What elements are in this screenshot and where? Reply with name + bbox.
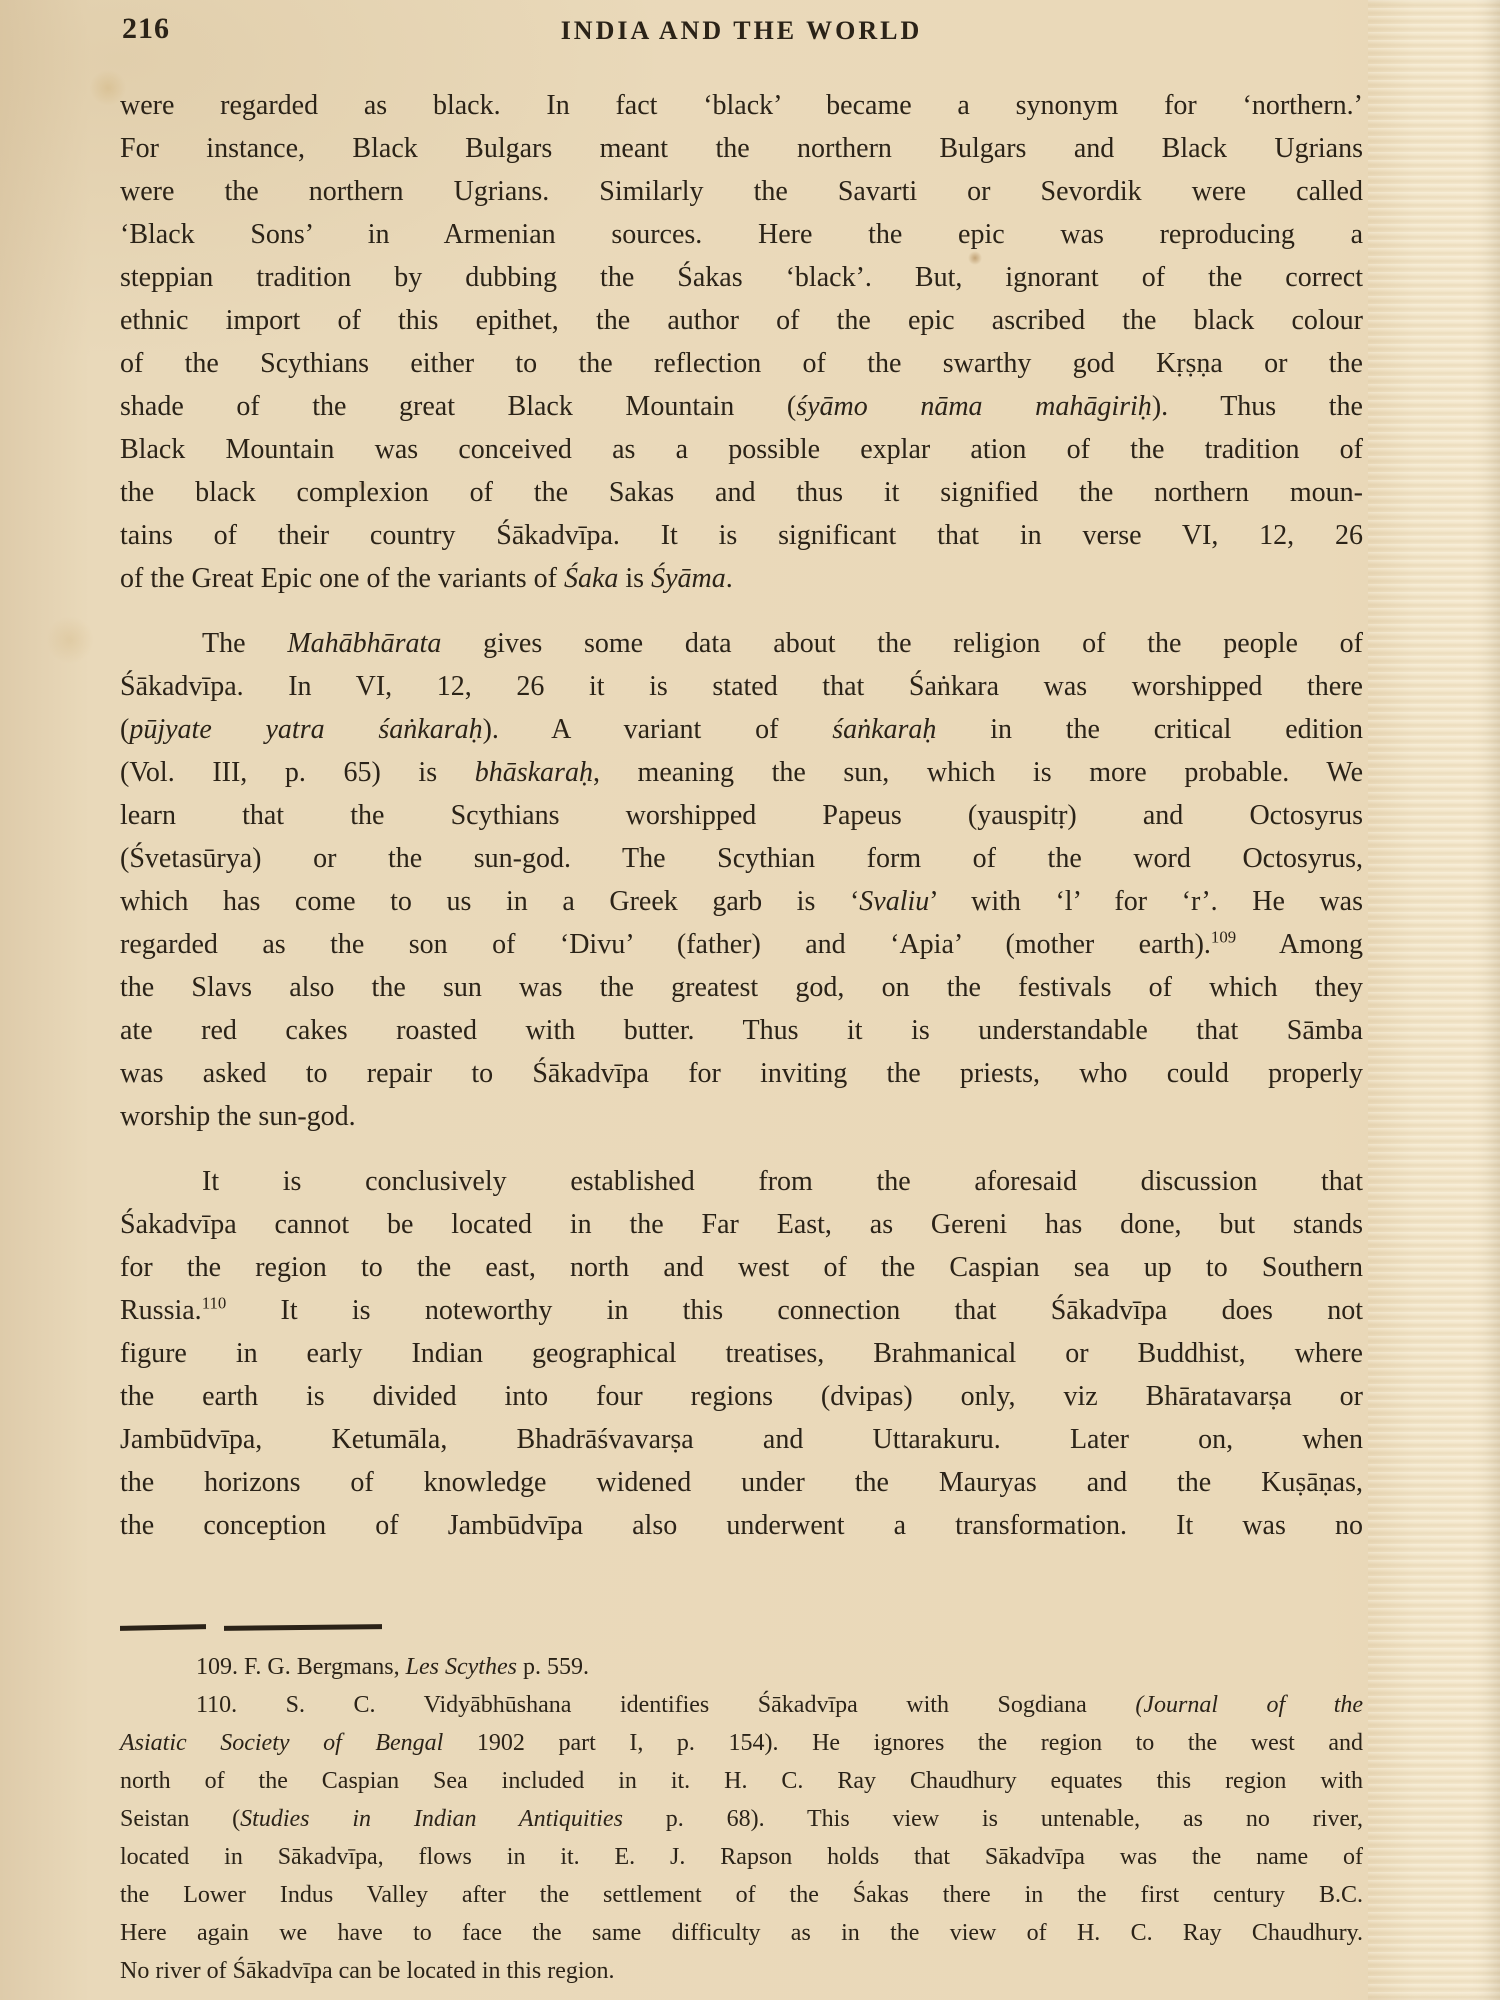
text-segment: which has come to us in a Greek garb is … [120, 886, 859, 917]
text-segment: p. 559. [517, 1654, 589, 1680]
text-segment: Among [1236, 929, 1363, 960]
text-segment: the earth is divided into four regions (… [120, 1381, 1363, 1412]
running-head: INDIA AND THE WORLD [120, 16, 1363, 46]
text-line: (Śvetasūrya) or the sun-god. The Scythia… [120, 837, 1363, 880]
text-segment: It is noteworthy in this connection that… [226, 1295, 1363, 1326]
text-line: Here again we have to face the same diff… [120, 1914, 1363, 1952]
text-line: It is conclusively established from the … [120, 1160, 1363, 1203]
text-segment: Studies in Indian Antiquities [240, 1806, 623, 1832]
text-segment: It is conclusively established from the … [202, 1166, 1363, 1197]
text-line: was asked to repair to Śākadvīpa for inv… [120, 1052, 1363, 1095]
text-line: No river of Śākadvīpa can be located in … [120, 1952, 1363, 1990]
text-segment: ). A variant of [483, 714, 833, 745]
text-segment: Śākadvīpa. In VI, 12, 26 it is stated th… [120, 671, 1363, 702]
text-line: Black Mountain was conceived as a possib… [120, 428, 1363, 471]
text-segment: Svaliu [859, 886, 929, 917]
text-line: steppian tradition by dubbing the Śakas … [120, 256, 1363, 299]
page-edge-shading [1368, 0, 1500, 2000]
text-segment: śyāmo nāma mahāgiriḥ [796, 391, 1152, 422]
text-segment: learn that the Scythians worshipped Pape… [120, 800, 1363, 831]
text-segment: were regarded as black. In fact ‘black’ … [120, 90, 1363, 121]
text-line: figure in early Indian geographical trea… [120, 1332, 1363, 1375]
text-segment: the conception of Jambūdvīpa also underw… [120, 1510, 1363, 1541]
text-line: which has come to us in a Greek garb is … [120, 880, 1363, 923]
text-segment: , meaning the sun, which is more probabl… [593, 757, 1363, 788]
paragraph-2: The Mahābhārata gives some data about th… [120, 622, 1363, 1138]
text-segment: p. 68). This view is untenable, as no ri… [623, 1806, 1363, 1832]
text-segment: the Lower Indus Valley after the settlem… [120, 1882, 1363, 1908]
text-segment: 109. F. G. Bergmans, [196, 1654, 406, 1680]
text-segment: ethnic import of this epithet, the autho… [120, 305, 1363, 336]
text-segment: . [726, 563, 733, 594]
text-segment: steppian tradition by dubbing the Śakas … [120, 262, 1363, 293]
text-line: shade of the great Black Mountain (śyāmo… [120, 385, 1363, 428]
text-segment: the black complexion of the Sakas and th… [120, 477, 1363, 508]
text-segment: (Vol. III, p. 65) is [120, 757, 475, 788]
text-line: ate red cakes roasted with butter. Thus … [120, 1009, 1363, 1052]
text-line: 110. S. C. Vidyābhūshana identifies Śāka… [120, 1686, 1363, 1724]
text-segment: ’ with ‘l’ for ‘r’. He was [929, 886, 1363, 917]
text-line: regarded as the son of ‘Divu’ (father) a… [120, 923, 1363, 966]
text-segment: worship the sun-god. [120, 1101, 356, 1132]
text-line: the black complexion of the Sakas and th… [120, 471, 1363, 514]
text-line: For instance, Black Bulgars meant the no… [120, 127, 1363, 170]
text-segment: Śyāma [651, 563, 726, 594]
text-segment: pūjyate yatra śaṅkaraḥ [129, 714, 482, 745]
text-line: worship the sun-god. [120, 1095, 1363, 1138]
text-segment: the horizons of knowledge widened under … [120, 1467, 1363, 1498]
footnote-rule-dash [224, 1624, 382, 1631]
text-line: Śakadvīpa cannot be located in the Far E… [120, 1203, 1363, 1246]
text-segment: Śaka [564, 563, 618, 594]
text-segment: is [618, 563, 651, 594]
text-segment: No river of Śākadvīpa can be located in … [120, 1958, 615, 1984]
text-line: Seistan (Studies in Indian Antiquities p… [120, 1800, 1363, 1838]
text-segment: tains of their country Śākadvīpa. It is … [120, 520, 1363, 551]
text-line: of the Scythians either to the reflectio… [120, 342, 1363, 385]
text-line: learn that the Scythians worshipped Pape… [120, 794, 1363, 837]
text-segment: shade of the great Black Mountain ( [120, 391, 796, 422]
text-segment: Black Mountain was conceived as a possib… [120, 434, 1363, 465]
text-line: Asiatic Society of Bengal 1902 part I, p… [120, 1724, 1363, 1762]
text-line: 109. F. G. Bergmans, Les Scythes p. 559. [120, 1648, 1363, 1686]
text-line: the earth is divided into four regions (… [120, 1375, 1363, 1418]
text-segment: ( [120, 714, 129, 745]
footnote-reference: 110 [202, 1294, 227, 1313]
text-line: of the Great Epic one of the variants of… [120, 557, 1363, 600]
text-segment: 1902 part I, p. 154). He ignores the reg… [443, 1730, 1363, 1756]
footnote-reference: 109 [1211, 928, 1236, 947]
text-segment: regarded as the son of ‘Divu’ (father) a… [120, 929, 1211, 960]
text-segment: Asiatic Society of Bengal [120, 1730, 443, 1756]
text-segment: Mahābhārata [287, 628, 441, 659]
paragraph-3: It is conclusively established from the … [120, 1160, 1363, 1547]
text-segment: north of the Caspian Sea included in it.… [120, 1768, 1363, 1794]
text-segment: For instance, Black Bulgars meant the no… [120, 133, 1363, 164]
text-segment: śaṅkaraḥ [832, 714, 936, 745]
text-segment: was asked to repair to Śākadvīpa for inv… [120, 1058, 1363, 1089]
text-segment: in the critical edition [936, 714, 1363, 745]
text-segment: Russia. [120, 1295, 202, 1326]
text-line: were the northern Ugrians. Similarly the… [120, 170, 1363, 213]
text-line: tains of their country Śākadvīpa. It is … [120, 514, 1363, 557]
text-segment: Seistan ( [120, 1806, 240, 1832]
text-line: Jambūdvīpa, Ketumāla, Bhadrāśvavarṣa and… [120, 1418, 1363, 1461]
text-segment: for the region to the east, north and we… [120, 1252, 1363, 1283]
text-segment: 110. S. C. Vidyābhūshana identifies Śāka… [196, 1692, 1135, 1718]
text-segment: Here again we have to face the same diff… [120, 1920, 1363, 1946]
text-segment: bhāskaraḥ [475, 757, 593, 788]
text-line: located in Sākadvīpa, flows in it. E. J.… [120, 1838, 1363, 1876]
text-line: ‘Black Sons’ in Armenian sources. Here t… [120, 213, 1363, 256]
text-line: (pūjyate yatra śaṅkaraḥ). A variant of ś… [120, 708, 1363, 751]
text-segment: the Slavs also the sun was the greatest … [120, 972, 1363, 1003]
footnote-110: 110. S. C. Vidyābhūshana identifies Śāka… [120, 1686, 1363, 1990]
text-segment: of the Great Epic one of the variants of [120, 563, 564, 594]
text-segment: ate red cakes roasted with butter. Thus … [120, 1015, 1363, 1046]
text-line: were regarded as black. In fact ‘black’ … [120, 84, 1363, 127]
text-line: The Mahābhārata gives some data about th… [120, 622, 1363, 665]
text-line: Śākadvīpa. In VI, 12, 26 it is stated th… [120, 665, 1363, 708]
text-segment: Les Scythes [406, 1654, 517, 1680]
text-segment: Śakadvīpa cannot be located in the Far E… [120, 1209, 1363, 1240]
text-segment: ). Thus the [1152, 391, 1363, 422]
text-segment: figure in early Indian geographical trea… [120, 1338, 1363, 1369]
text-segment: of the Scythians either to the reflectio… [120, 348, 1363, 379]
book-page: 216 INDIA AND THE WORLD were regarded as… [0, 0, 1500, 2000]
text-segment: gives some data about the religion of th… [441, 628, 1363, 659]
paragraph-1: were regarded as black. In fact ‘black’ … [120, 84, 1363, 600]
text-line: the Lower Indus Valley after the settlem… [120, 1876, 1363, 1914]
text-segment: were the northern Ugrians. Similarly the… [120, 176, 1363, 207]
footnote-109: 109. F. G. Bergmans, Les Scythes p. 559. [120, 1648, 1363, 1686]
footnote-rule-dash [120, 1624, 206, 1631]
text-segment: located in Sākadvīpa, flows in it. E. J.… [120, 1844, 1363, 1870]
text-segment: Jambūdvīpa, Ketumāla, Bhadrāśvavarṣa and… [120, 1424, 1363, 1455]
text-line: ethnic import of this epithet, the autho… [120, 299, 1363, 342]
text-line: the horizons of knowledge widened under … [120, 1461, 1363, 1504]
body-text: were regarded as black. In fact ‘black’ … [120, 84, 1363, 1990]
text-line: the conception of Jambūdvīpa also underw… [120, 1504, 1363, 1547]
text-line: (Vol. III, p. 65) is bhāskaraḥ, meaning … [120, 751, 1363, 794]
text-segment: (Śvetasūrya) or the sun-god. The Scythia… [120, 843, 1363, 874]
text-segment: (Journal of the [1135, 1692, 1363, 1718]
text-line: north of the Caspian Sea included in it.… [120, 1762, 1363, 1800]
text-line: for the region to the east, north and we… [120, 1246, 1363, 1289]
text-segment: The [202, 628, 287, 659]
footnote-rule [120, 1625, 1363, 1630]
footnotes-section: 109. F. G. Bergmans, Les Scythes p. 559.… [120, 1648, 1363, 1990]
text-segment: ‘Black Sons’ in Armenian sources. Here t… [120, 219, 1363, 250]
text-line: the Slavs also the sun was the greatest … [120, 966, 1363, 1009]
text-line: Russia.110 It is noteworthy in this conn… [120, 1289, 1363, 1332]
